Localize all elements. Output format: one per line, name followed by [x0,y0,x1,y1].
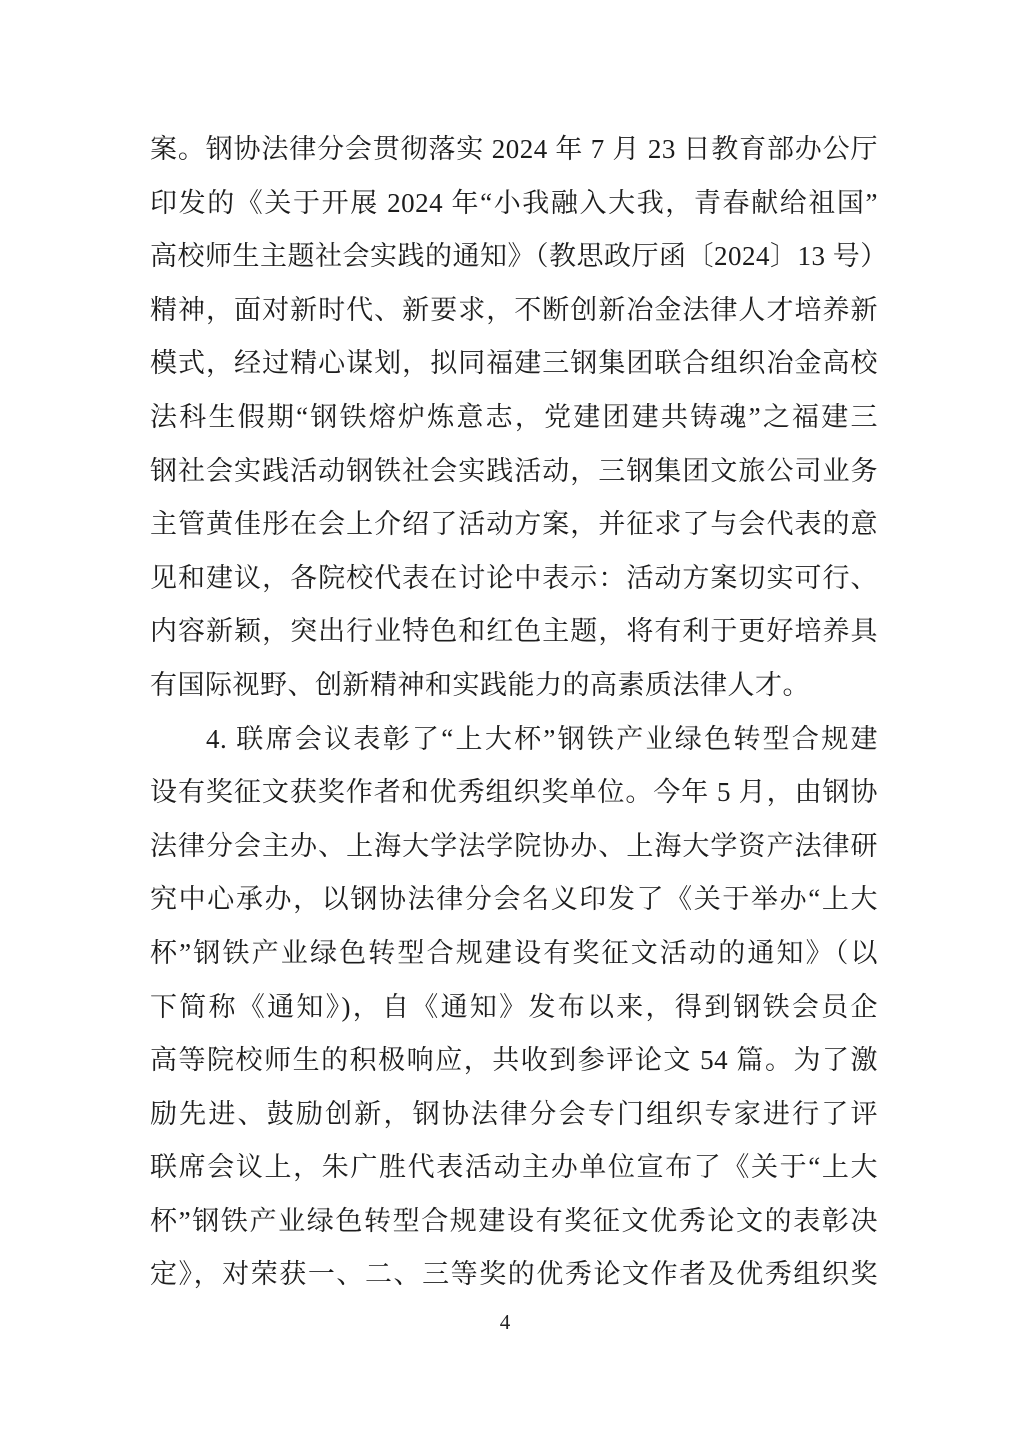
text-line: 法律分会主办、上海大学法学院协办、上海大学资产法律研 [150,820,878,874]
text-line: 设有奖征文获奖作者和优秀组织奖单位。今年 5 月，由钢协 [150,766,878,820]
text-line: 法科生假期“钢铁熔炉炼意志，党建团建共铸魂”之福建三 [150,391,878,445]
body-text: 案。钢协法律分会贯彻落实 2024 年 7 月 23 日教育部办公厅 印发的《关… [150,123,878,1302]
text-line: 究中心承办，以钢协法律分会名义印发了《关于举办“上大 [150,873,878,927]
text-line: 模式，经过精心谋划，拟同福建三钢集团联合组织冶金高校 [150,337,878,391]
text-line: 精神，面对新时代、新要求，不断创新冶金法律人才培养新 [150,284,878,338]
text-line: 主管黄佳彤在会上介绍了活动方案，并征求了与会代表的意 [150,498,878,552]
text-line: 4. 联席会议表彰了“上大杯”钢铁产业绿色转型合规建 [150,713,878,767]
text-line: 励先进、鼓励创新，钢协法律分会专门组织专家进行了评审， [150,1088,878,1142]
page-number: 4 [0,1310,1010,1335]
document-page: 案。钢协法律分会贯彻落实 2024 年 7 月 23 日教育部办公厅 印发的《关… [0,0,1010,1430]
text-line: 印发的《关于开展 2024 年“小我融入大我，青春献给祖国” [150,177,878,231]
text-line: 杯”钢铁产业绿色转型合规建设有奖征文活动的通知》（以 [150,927,878,981]
text-line: 高等院校师生的积极响应，共收到参评论文 54 篇。为了激 [150,1034,878,1088]
text-line: 定》，对荣获一、二、三等奖的优秀论文作者及优秀组织奖 [150,1248,878,1302]
text-line: 下简称《通知》)，自《通知》发布以来，得到钢铁会员企业、 [150,981,878,1035]
text-line: 见和建议，各院校代表在讨论中表示：活动方案切实可行、 [150,552,878,606]
text-line: 高校师生主题社会实践的通知》（教思政厅函〔2024〕13 号） [150,230,878,284]
text-line: 案。钢协法律分会贯彻落实 2024 年 7 月 23 日教育部办公厅 [150,123,878,177]
text-line: 有国际视野、创新精神和实践能力的高素质法律人才。 [150,659,878,713]
text-line: 杯”钢铁产业绿色转型合规建设有奖征文优秀论文的表彰决 [150,1195,878,1249]
text-line: 内容新颖，突出行业特色和红色主题，将有利于更好培养具 [150,605,878,659]
text-line: 联席会议上，朱广胜代表活动主办单位宣布了《关于“上大 [150,1141,878,1195]
text-line: 钢社会实践活动钢铁社会实践活动，三钢集团文旅公司业务 [150,445,878,499]
